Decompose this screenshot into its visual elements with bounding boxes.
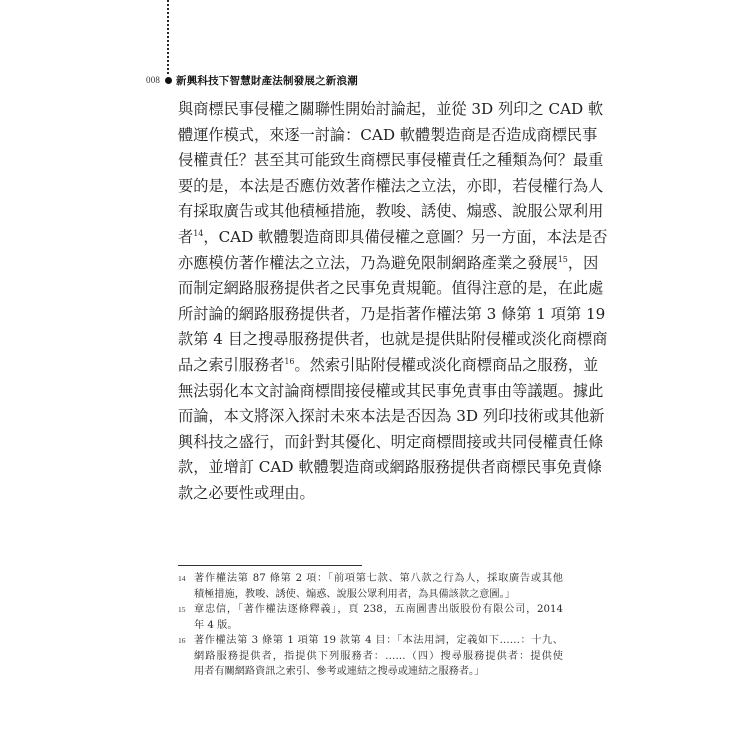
footnote-line: 著作權法第 3 條第 1 項第 19 款第 4 目：「本法用詞，定義如下……：十… <box>194 633 563 649</box>
body-line: 而論，本文將深入探討未來本法是否因為 3D 列印技術或其他新 <box>178 404 563 430</box>
footnote-line: 年 4 版。 <box>194 618 563 634</box>
body-line: 款之必要性或理由。 <box>178 481 563 507</box>
footnote-ref-15[interactable]: 15 <box>558 255 568 264</box>
footnote-line: 章忠信，「著作權法逐條釋義」，頁 238，五南圖書出版股份有限公司，2014 <box>194 602 563 618</box>
page-number: 008 <box>146 75 164 85</box>
body-line: 款第 4 目之搜尋服務提供者，也就是提供貼附侵權或淡化商標商 <box>178 327 563 353</box>
body-line: 所討論的網路服務提供者，乃是指著作權法第 3 條第 1 項第 19 <box>178 302 563 328</box>
running-title: 新興科技下智慧財產法制發展之新浪潮 <box>176 73 358 88</box>
footnote-line: 著作權法第 87 條第 2 項：「前項第七款、第八款之行為人，採取廣告或其他 <box>194 571 563 587</box>
footnote-number: 14 <box>178 571 186 587</box>
body-line: 品之索引服務者16。然索引貼附侵權或淡化商標商品之服務，並 <box>178 353 563 379</box>
footnote-number: 15 <box>178 602 186 618</box>
footnote-line: 積極措施，教唆、誘使、煽惑、說服公眾利用者，為具備該款之意圖。」 <box>194 587 563 603</box>
footnote-line: 用者有關網路資訊之索引、參考或連結之搜尋或連結之服務者。」 <box>194 664 563 680</box>
footnote-ref-14[interactable]: 14 <box>193 229 203 238</box>
footnote-line: 網路服務提供者，指提供下列服務者：……（四）搜尋服務提供者：提供使 <box>194 649 563 665</box>
footnote-ref-16[interactable]: 16 <box>284 357 294 366</box>
header-bullet-icon <box>165 77 172 84</box>
footnote-number: 16 <box>178 633 186 649</box>
body-line: 款，並增訂 CAD 軟體製造商或網路服務提供者商標民事免責條 <box>178 455 563 481</box>
body-paragraph: 與商標民事侵權之關聯性開始討論起，並從 3D 列印之 CAD 軟 體運作模式，來… <box>178 97 563 507</box>
body-line: 體運作模式，來逐一討論：CAD 軟體製造商是否造成商標民事 <box>178 123 563 149</box>
footnotes: 14 著作權法第 87 條第 2 項：「前項第七款、第八款之行為人，採取廣告或其… <box>178 571 563 680</box>
body-line: 者14，CAD 軟體製造商即具備侵權之意圖？另一方面，本法是否 <box>178 225 563 251</box>
body-line: 有採取廣告或其他積極措施，教唆、誘使、煽惑、說服公眾利用 <box>178 199 563 225</box>
body-line: 侵權責任？甚至其可能致生商標民事侵權責任之種類為何？最重 <box>178 148 563 174</box>
footnote-14: 14 著作權法第 87 條第 2 項：「前項第七款、第八款之行為人，採取廣告或其… <box>178 571 563 602</box>
body-line: 無法弱化本文討論商標間接侵權或其民事免責事由等議題。據此 <box>178 379 563 405</box>
footnote-15: 15 章忠信，「著作權法逐條釋義」，頁 238，五南圖書出版股份有限公司，201… <box>178 602 563 633</box>
body-line: 而制定網路服務提供者之民事免責規範。值得注意的是，在此處 <box>178 276 563 302</box>
body-line: 興科技之盛行，而針對其優化、明定商標間接或共同侵權責任條 <box>178 430 563 456</box>
footnote-16: 16 著作權法第 3 條第 1 項第 19 款第 4 目：「本法用詞，定義如下…… <box>178 633 563 680</box>
body-line: 亦應模仿著作權法之立法，乃為避免限制網路產業之發展15，因 <box>178 251 563 277</box>
page-header: 008 新興科技下智慧財產法制發展之新浪潮 <box>146 72 358 88</box>
header-dotted-rule <box>167 0 169 74</box>
body-line: 要的是，本法是否應仿效著作權法之立法，亦即，若侵權行為人 <box>178 174 563 200</box>
footnote-separator <box>178 565 362 566</box>
body-line: 與商標民事侵權之關聯性開始討論起，並從 3D 列印之 CAD 軟 <box>178 97 563 123</box>
